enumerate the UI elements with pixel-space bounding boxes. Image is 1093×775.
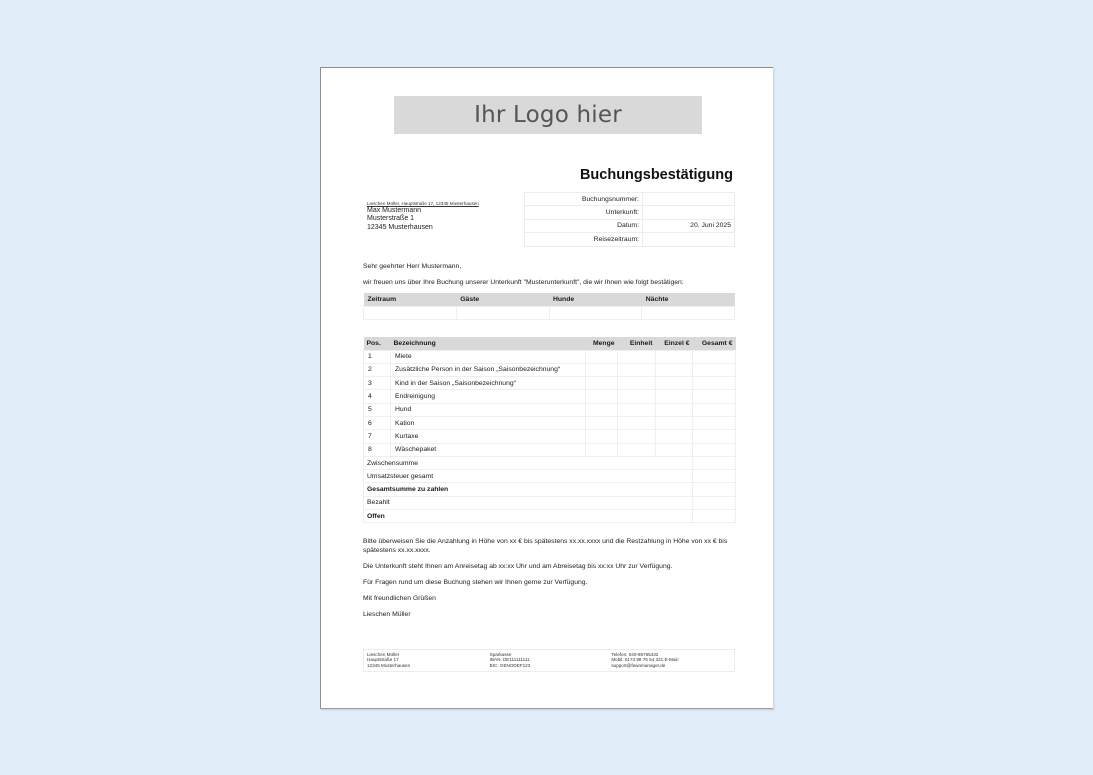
total-cell (693, 390, 736, 403)
name-cell: Wäschepaket (391, 443, 586, 456)
summary-row: Offen (364, 510, 736, 523)
unit-price-cell (656, 443, 693, 456)
table-row: 2Zusätzliche Person in der Saison „Saiso… (364, 363, 736, 376)
column-header: Menge (586, 337, 618, 350)
name-cell: Kation (391, 416, 586, 429)
items-table-header: Pos. Bezeichnung Menge Einheit Einzel € … (364, 337, 736, 350)
booking-cell (642, 306, 735, 319)
unit-cell (618, 350, 656, 363)
recipient-city: 12345 Musterhausen (367, 224, 433, 232)
pos-cell: 3 (364, 377, 391, 390)
meta-label: Reisezeitraum: (525, 233, 643, 246)
footer-line: BIC: GENODEF123 (490, 663, 610, 668)
quantity-cell (586, 390, 618, 403)
booking-cell (364, 306, 457, 319)
footer-contact: Telefon: 040-98765432 Mobil: 0173 98 76 … (609, 652, 731, 669)
summary-row: Umsatzsteuer gesamt (364, 470, 736, 483)
column-header: Zeitraum (364, 293, 457, 306)
footer-bank: Sparkasse IBAN: DE111111111 BIC: GENODEF… (487, 652, 610, 669)
pos-cell: 6 (364, 416, 391, 429)
unit-cell (618, 377, 656, 390)
name-cell: Miete (391, 350, 586, 363)
unit-price-cell (656, 416, 693, 429)
summary-value (693, 510, 736, 523)
quantity-cell (586, 377, 618, 390)
table-row: 4Endreinigung (364, 390, 736, 403)
closing-text: Mit freundlichen Grüßen (363, 594, 436, 603)
payment-instructions: Bitte überweisen Sie die Anzahlung in Hö… (363, 537, 738, 555)
name-cell: Hund (391, 403, 586, 416)
footer-line: support@fewomanager.de (611, 663, 731, 668)
summary-label: Gesamtsumme zu zahlen (364, 483, 693, 496)
unit-cell (618, 363, 656, 376)
questions-text: Für Fragen rund um diese Buchung stehen … (363, 578, 587, 587)
column-header: Bezeichnung (391, 337, 586, 350)
name-cell: Kind in der Saison „Saisonbezeichnung“ (391, 377, 586, 390)
unit-cell (618, 430, 656, 443)
line-items-table: Pos. Bezeichnung Menge Einheit Einzel € … (363, 337, 736, 523)
table-row: 8Wäschepaket (364, 443, 736, 456)
recipient-address: Max Mustermann Musterstraße 1 12345 Must… (367, 207, 433, 232)
column-header: Pos. (364, 337, 391, 350)
signature: Lieschen Müller (363, 610, 411, 619)
recipient-street: Musterstraße 1 (367, 215, 433, 223)
pos-cell: 4 (364, 390, 391, 403)
column-header: Gesamt € (693, 337, 736, 350)
total-cell (693, 416, 736, 429)
summary-value (693, 470, 736, 483)
summary-label: Umsatzsteuer gesamt (364, 470, 693, 483)
name-cell: Zusätzliche Person in der Saison „Saison… (391, 363, 586, 376)
meta-value (643, 206, 735, 219)
pos-cell: 2 (364, 363, 391, 376)
meta-row-accommodation: Unterkunft: (525, 206, 735, 219)
summary-label: Offen (364, 510, 693, 523)
booking-cell (549, 306, 642, 319)
summary-row: Bezahlt (364, 496, 736, 509)
total-cell (693, 430, 736, 443)
quantity-cell (586, 416, 618, 429)
table-row: 7Kurtaxe (364, 430, 736, 443)
meta-row-booking-number: Buchungsnummer: (525, 193, 735, 206)
booking-cell (456, 306, 549, 319)
booking-summary-table: Zeitraum Gäste Hunde Nächte (363, 293, 735, 320)
total-cell (693, 363, 736, 376)
meta-value: 20. Juni 2025 (643, 219, 735, 232)
unit-price-cell (656, 350, 693, 363)
column-header: Einheit (618, 337, 656, 350)
unit-cell (618, 443, 656, 456)
summary-value (693, 483, 736, 496)
column-header: Einzel € (656, 337, 693, 350)
unit-price-cell (656, 430, 693, 443)
booking-table-row (364, 306, 735, 319)
pos-cell: 7 (364, 430, 391, 443)
meta-value (643, 193, 735, 206)
footer-line: 12345 Musterhausen (367, 663, 487, 668)
pos-cell: 8 (364, 443, 391, 456)
summary-row: Gesamtsumme zu zahlen (364, 483, 736, 496)
meta-row-travel-period: Reisezeitraum: (525, 233, 735, 246)
table-row: 1Miete (364, 350, 736, 363)
column-header: Gäste (456, 293, 549, 306)
unit-price-cell (656, 363, 693, 376)
unit-price-cell (656, 377, 693, 390)
quantity-cell (586, 403, 618, 416)
summary-row: Zwischensumme (364, 456, 736, 469)
document-title: Buchungsbestätigung (580, 167, 733, 183)
total-cell (693, 350, 736, 363)
table-row: 3Kind in der Saison „Saisonbezeichnung“ (364, 377, 736, 390)
name-cell: Kurtaxe (391, 430, 586, 443)
booking-table-header: Zeitraum Gäste Hunde Nächte (364, 293, 735, 306)
document-footer: Lieschen Müller Hauptstraße 17 12345 Mus… (363, 649, 735, 672)
column-header: Hunde (549, 293, 642, 306)
booking-meta-table: Buchungsnummer: Unterkunft: Datum: 20. J… (524, 192, 735, 247)
name-cell: Endreinigung (391, 390, 586, 403)
availability-text: Die Unterkunft steht Ihnen am Anreisetag… (363, 562, 672, 571)
unit-price-cell (656, 403, 693, 416)
pos-cell: 5 (364, 403, 391, 416)
pos-cell: 1 (364, 350, 391, 363)
total-cell (693, 377, 736, 390)
footer-address: Lieschen Müller Hauptstraße 17 12345 Mus… (367, 652, 487, 669)
quantity-cell (586, 363, 618, 376)
summary-value (693, 496, 736, 509)
quantity-cell (586, 430, 618, 443)
meta-label: Buchungsnummer: (525, 193, 643, 206)
document-page: Ihr Logo hier Buchungsbestätigung Liesch… (320, 67, 773, 709)
table-row: 6Kation (364, 416, 736, 429)
meta-value (643, 233, 735, 246)
total-cell (693, 443, 736, 456)
unit-price-cell (656, 390, 693, 403)
logo-placeholder: Ihr Logo hier (394, 96, 702, 134)
recipient-name: Max Mustermann (367, 207, 433, 215)
unit-cell (618, 416, 656, 429)
intro-text: wir freuen uns über Ihre Buchung unserer… (363, 278, 684, 287)
unit-cell (618, 390, 656, 403)
summary-label: Bezahlt (364, 496, 693, 509)
summary-value (693, 456, 736, 469)
unit-cell (618, 403, 656, 416)
meta-label: Unterkunft: (525, 206, 643, 219)
table-row: 5Hund (364, 403, 736, 416)
column-header: Nächte (642, 293, 735, 306)
meta-row-date: Datum: 20. Juni 2025 (525, 219, 735, 232)
salutation: Sehr geehrter Herr Mustermann, (363, 262, 461, 271)
quantity-cell (586, 350, 618, 363)
summary-label: Zwischensumme (364, 456, 693, 469)
sender-return-address: Lieschen Müller, Hauptstraße 17, 12345 M… (367, 201, 479, 206)
total-cell (693, 403, 736, 416)
quantity-cell (586, 443, 618, 456)
meta-label: Datum: (525, 219, 643, 232)
